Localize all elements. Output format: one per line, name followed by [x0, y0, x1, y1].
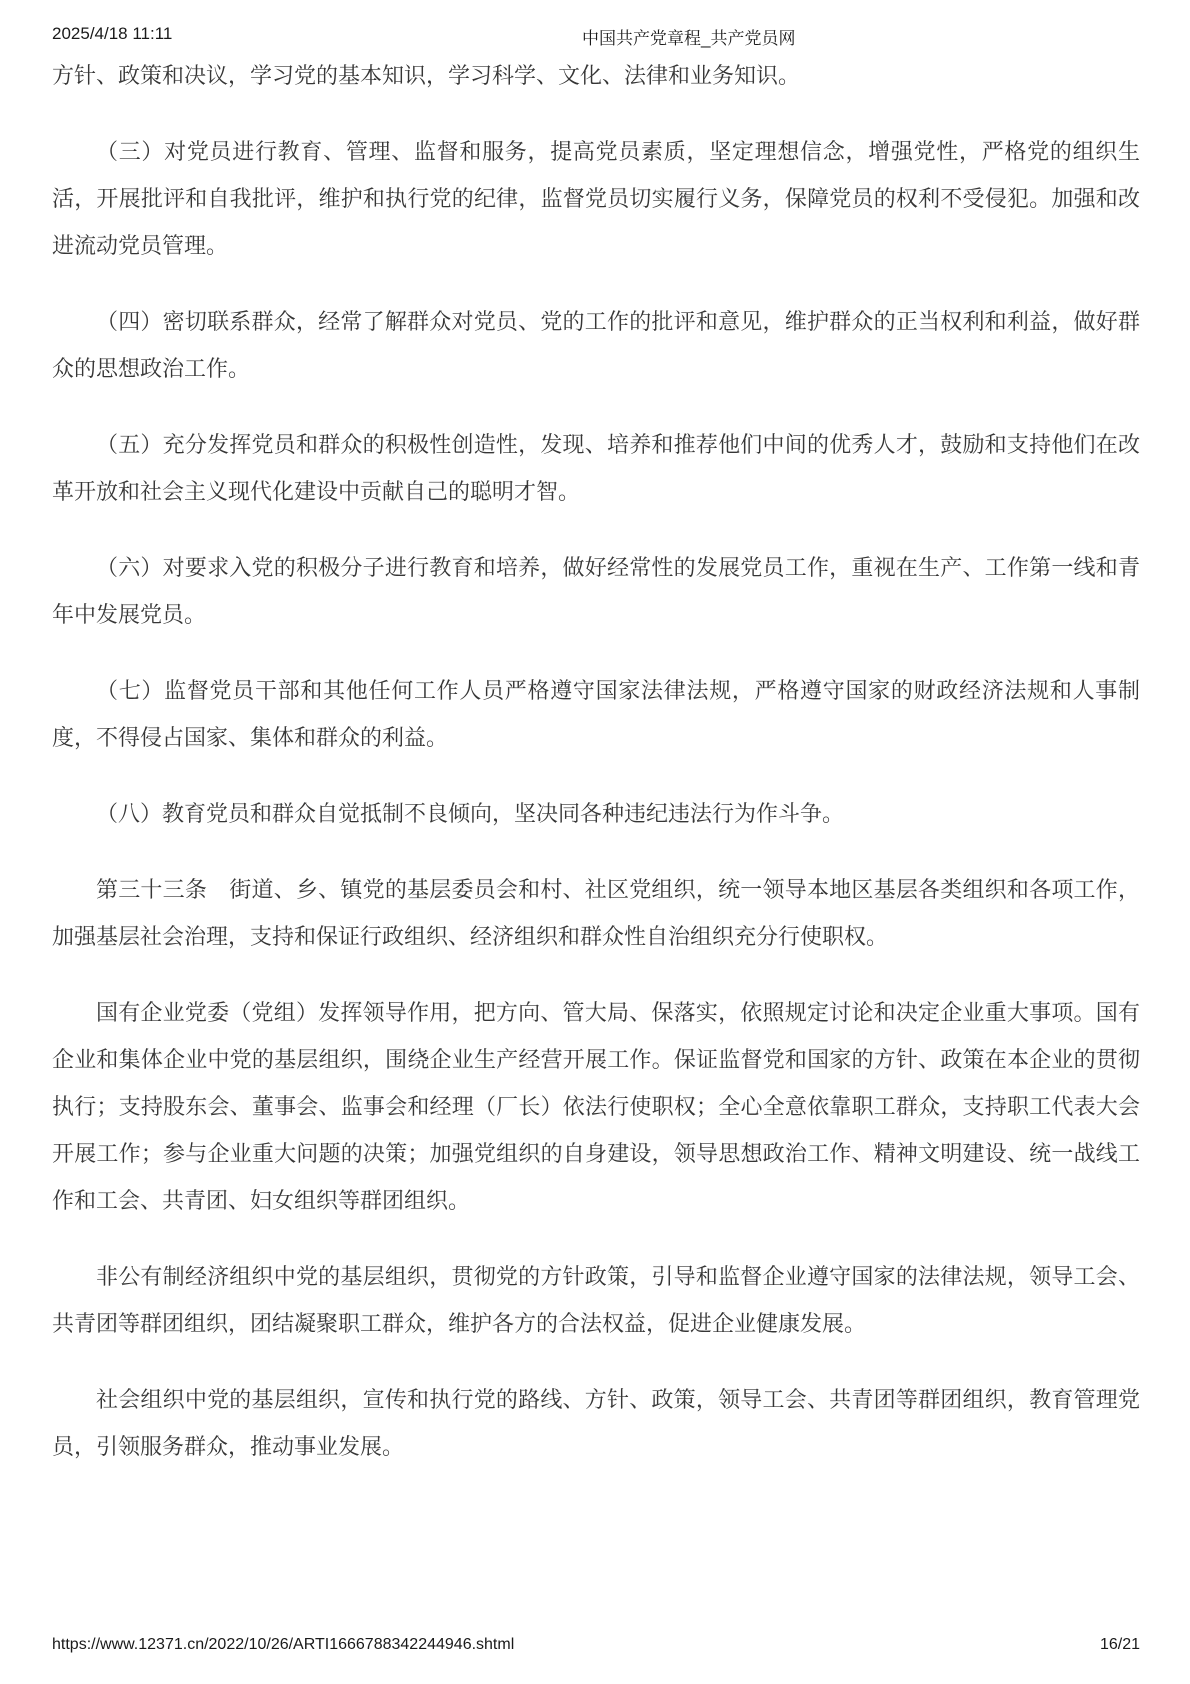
paragraph: （八）教育党员和群众自觉抵制不良倾向，坚决同各种违纪违法行为作斗争。 [52, 790, 1140, 837]
print-datetime: 2025/4/18 11:11 [52, 24, 172, 44]
document-title: 中国共产党章程_共产党员网 [582, 24, 795, 49]
print-header: 2025/4/18 11:11 中国共产党章程_共产党员网 [52, 24, 1140, 46]
paragraph: （五）充分发挥党员和群众的积极性创造性，发现、培养和推荐他们中间的优秀人才，鼓励… [52, 421, 1140, 515]
page-number: 16/21 [1100, 1636, 1140, 1654]
paragraph: 非公有制经济组织中党的基层组织，贯彻党的方针政策，引导和监督企业遵守国家的法律法… [52, 1253, 1140, 1347]
paragraph: 社会组织中党的基层组织，宣传和执行党的路线、方针、政策，领导工会、共青团等群团组… [52, 1376, 1140, 1470]
paragraph: （四）密切联系群众，经常了解群众对党员、党的工作的批评和意见，维护群众的正当权利… [52, 298, 1140, 392]
print-footer: https://www.12371.cn/2022/10/26/ARTI1666… [52, 1636, 1140, 1658]
paragraph: （七）监督党员干部和其他任何工作人员严格遵守国家法律法规，严格遵守国家的财政经济… [52, 667, 1140, 761]
source-url: https://www.12371.cn/2022/10/26/ARTI1666… [52, 1636, 514, 1654]
paragraph: 方针、政策和决议，学习党的基本知识，学习科学、文化、法律和业务知识。 [52, 52, 1140, 99]
paragraph: 国有企业党委（党组）发挥领导作用，把方向、管大局、保落实，依照规定讨论和决定企业… [52, 989, 1140, 1224]
paragraph: （三）对党员进行教育、管理、监督和服务，提高党员素质，坚定理想信念，增强党性，严… [52, 128, 1140, 269]
document-body: 方针、政策和决议，学习党的基本知识，学习科学、文化、法律和业务知识。（三）对党员… [52, 52, 1140, 1470]
paragraph: 第三十三条 街道、乡、镇党的基层委员会和村、社区党组织，统一领导本地区基层各类组… [52, 866, 1140, 960]
paragraph: （六）对要求入党的积极分子进行教育和培养，做好经常性的发展党员工作，重视在生产、… [52, 544, 1140, 638]
print-preview-page: 2025/4/18 11:11 中国共产党章程_共产党员网 方针、政策和决议，学… [0, 0, 1190, 1684]
